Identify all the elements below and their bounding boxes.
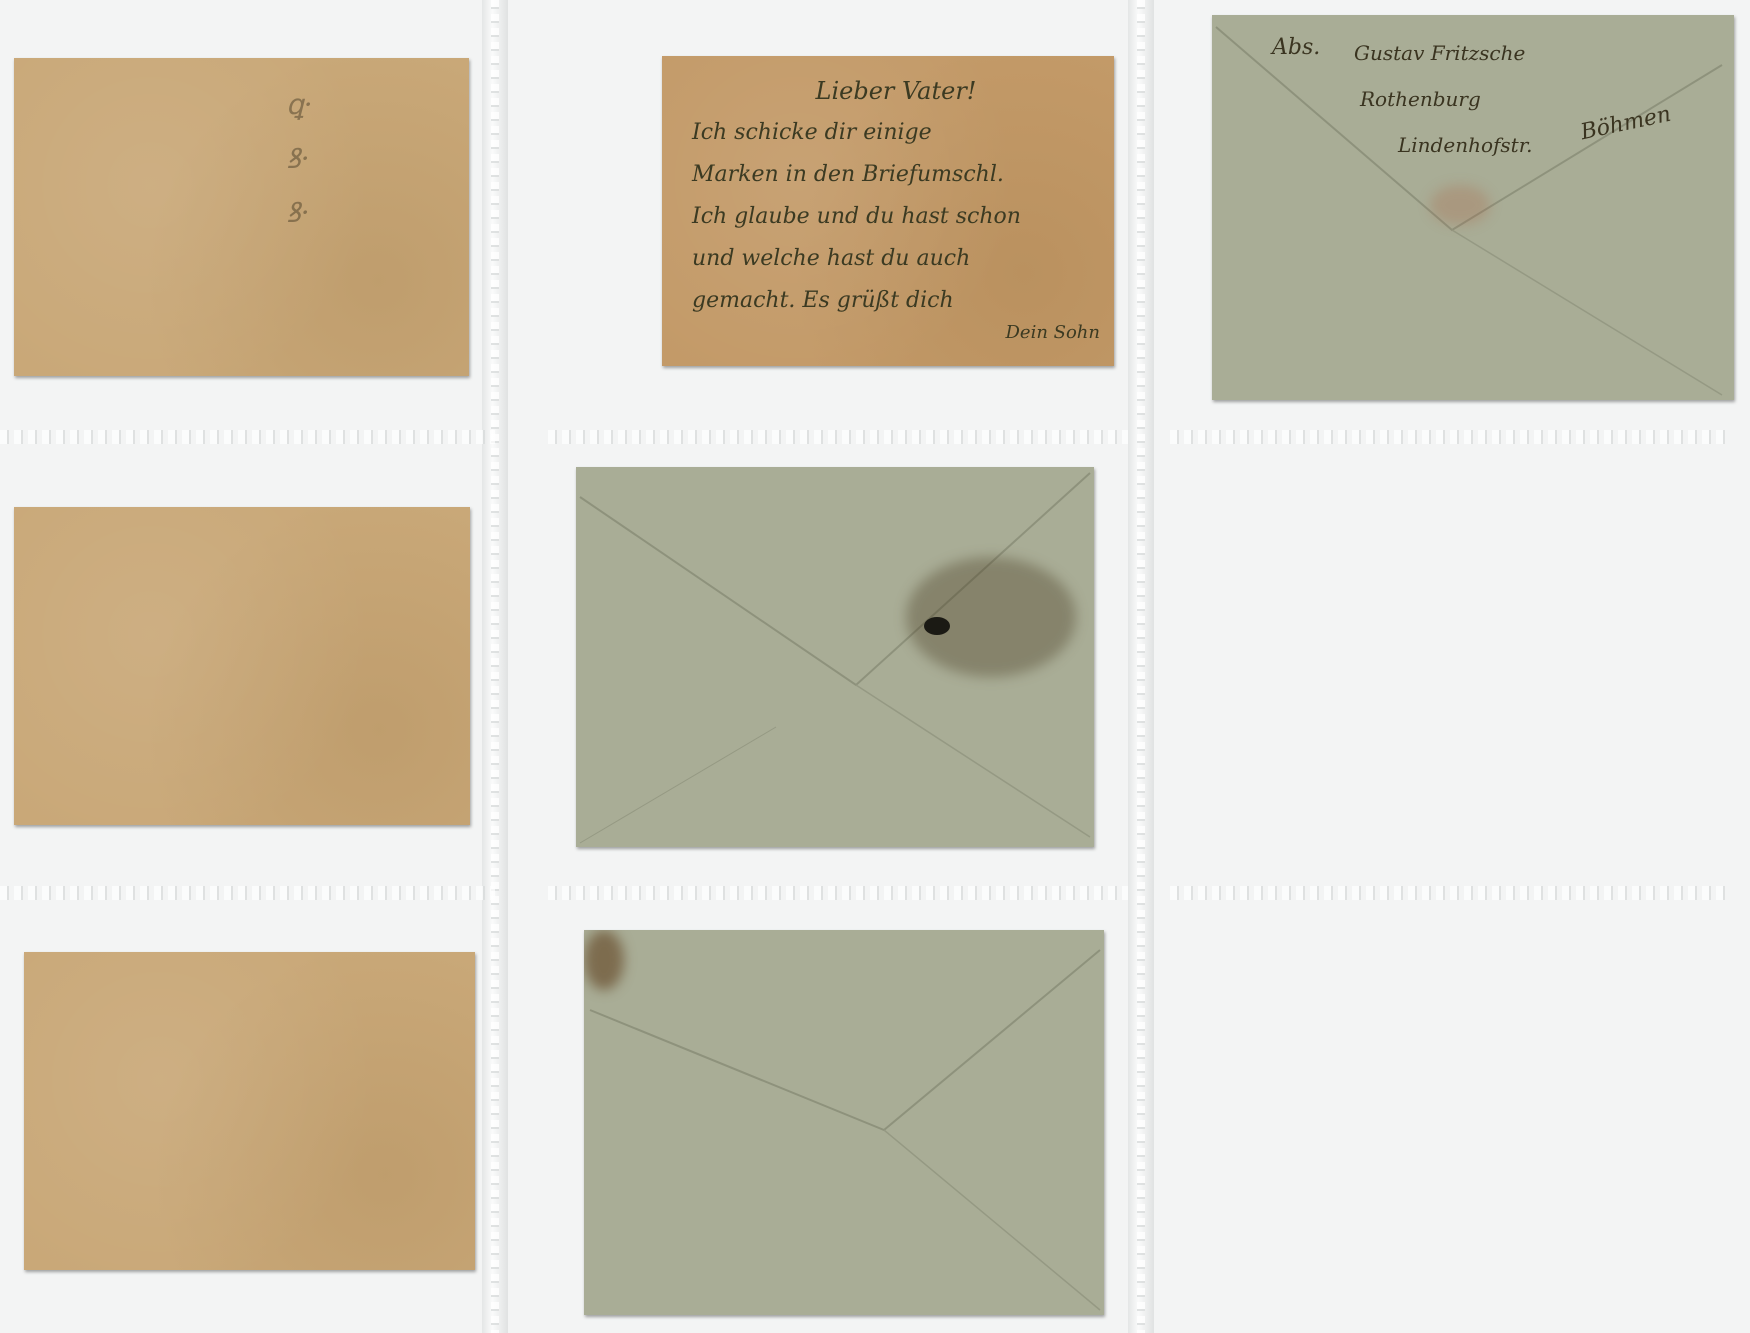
envelope-flap-lines — [584, 930, 1104, 1315]
pocket-divider — [548, 886, 1128, 900]
pocket-divider — [1170, 886, 1730, 900]
sleeve-seam — [1128, 0, 1154, 1333]
sender-line: Gustav Fritzsche — [1354, 41, 1525, 65]
ink-blot — [924, 617, 950, 635]
sleeve-seam — [482, 0, 508, 1333]
stain — [584, 930, 624, 990]
pocket-divider — [548, 430, 1128, 444]
sender-line: Lindenhofstr. — [1398, 133, 1532, 157]
postmark-trace — [1430, 185, 1490, 225]
postcard-back-3 — [24, 952, 475, 1270]
envelope-back-sender: Abs. Gustav Fritzsche Rothenburg Lindenh… — [1212, 15, 1734, 400]
postcard-line: Ich schicke dir einige — [692, 112, 1100, 154]
pocket-divider — [0, 886, 495, 900]
sender-label: Abs. — [1272, 35, 1320, 60]
postcard-signature: Dein Sohn — [692, 322, 1100, 344]
pocket-divider — [0, 430, 495, 444]
postcard-message: Lieber Vater! Ich schicke dir einige Mar… — [662, 56, 1114, 366]
postcard-line: Ich glaube und du hast schon — [692, 196, 1100, 238]
postcard-line: gemacht. Es grüßt dich — [692, 280, 1100, 322]
postcard-back-2 — [14, 507, 470, 825]
postcard-back-1: ꝗ·ꝸ·ꝸ· — [14, 58, 469, 376]
offset-writing: ꝗ·ꝸ·ꝸ· — [286, 78, 313, 240]
pocket-divider — [1170, 430, 1730, 444]
postcard-line: und welche hast du auch — [692, 238, 1100, 280]
postcard-salutation: Lieber Vater! — [692, 70, 1100, 112]
sender-line: Rothenburg — [1360, 87, 1481, 111]
postcard-line: Marken in den Briefumschl. — [692, 154, 1100, 196]
postcard-handwriting: Lieber Vater! Ich schicke dir einige Mar… — [692, 70, 1100, 344]
envelope-back-1 — [576, 467, 1094, 847]
envelope-back-2 — [584, 930, 1104, 1315]
